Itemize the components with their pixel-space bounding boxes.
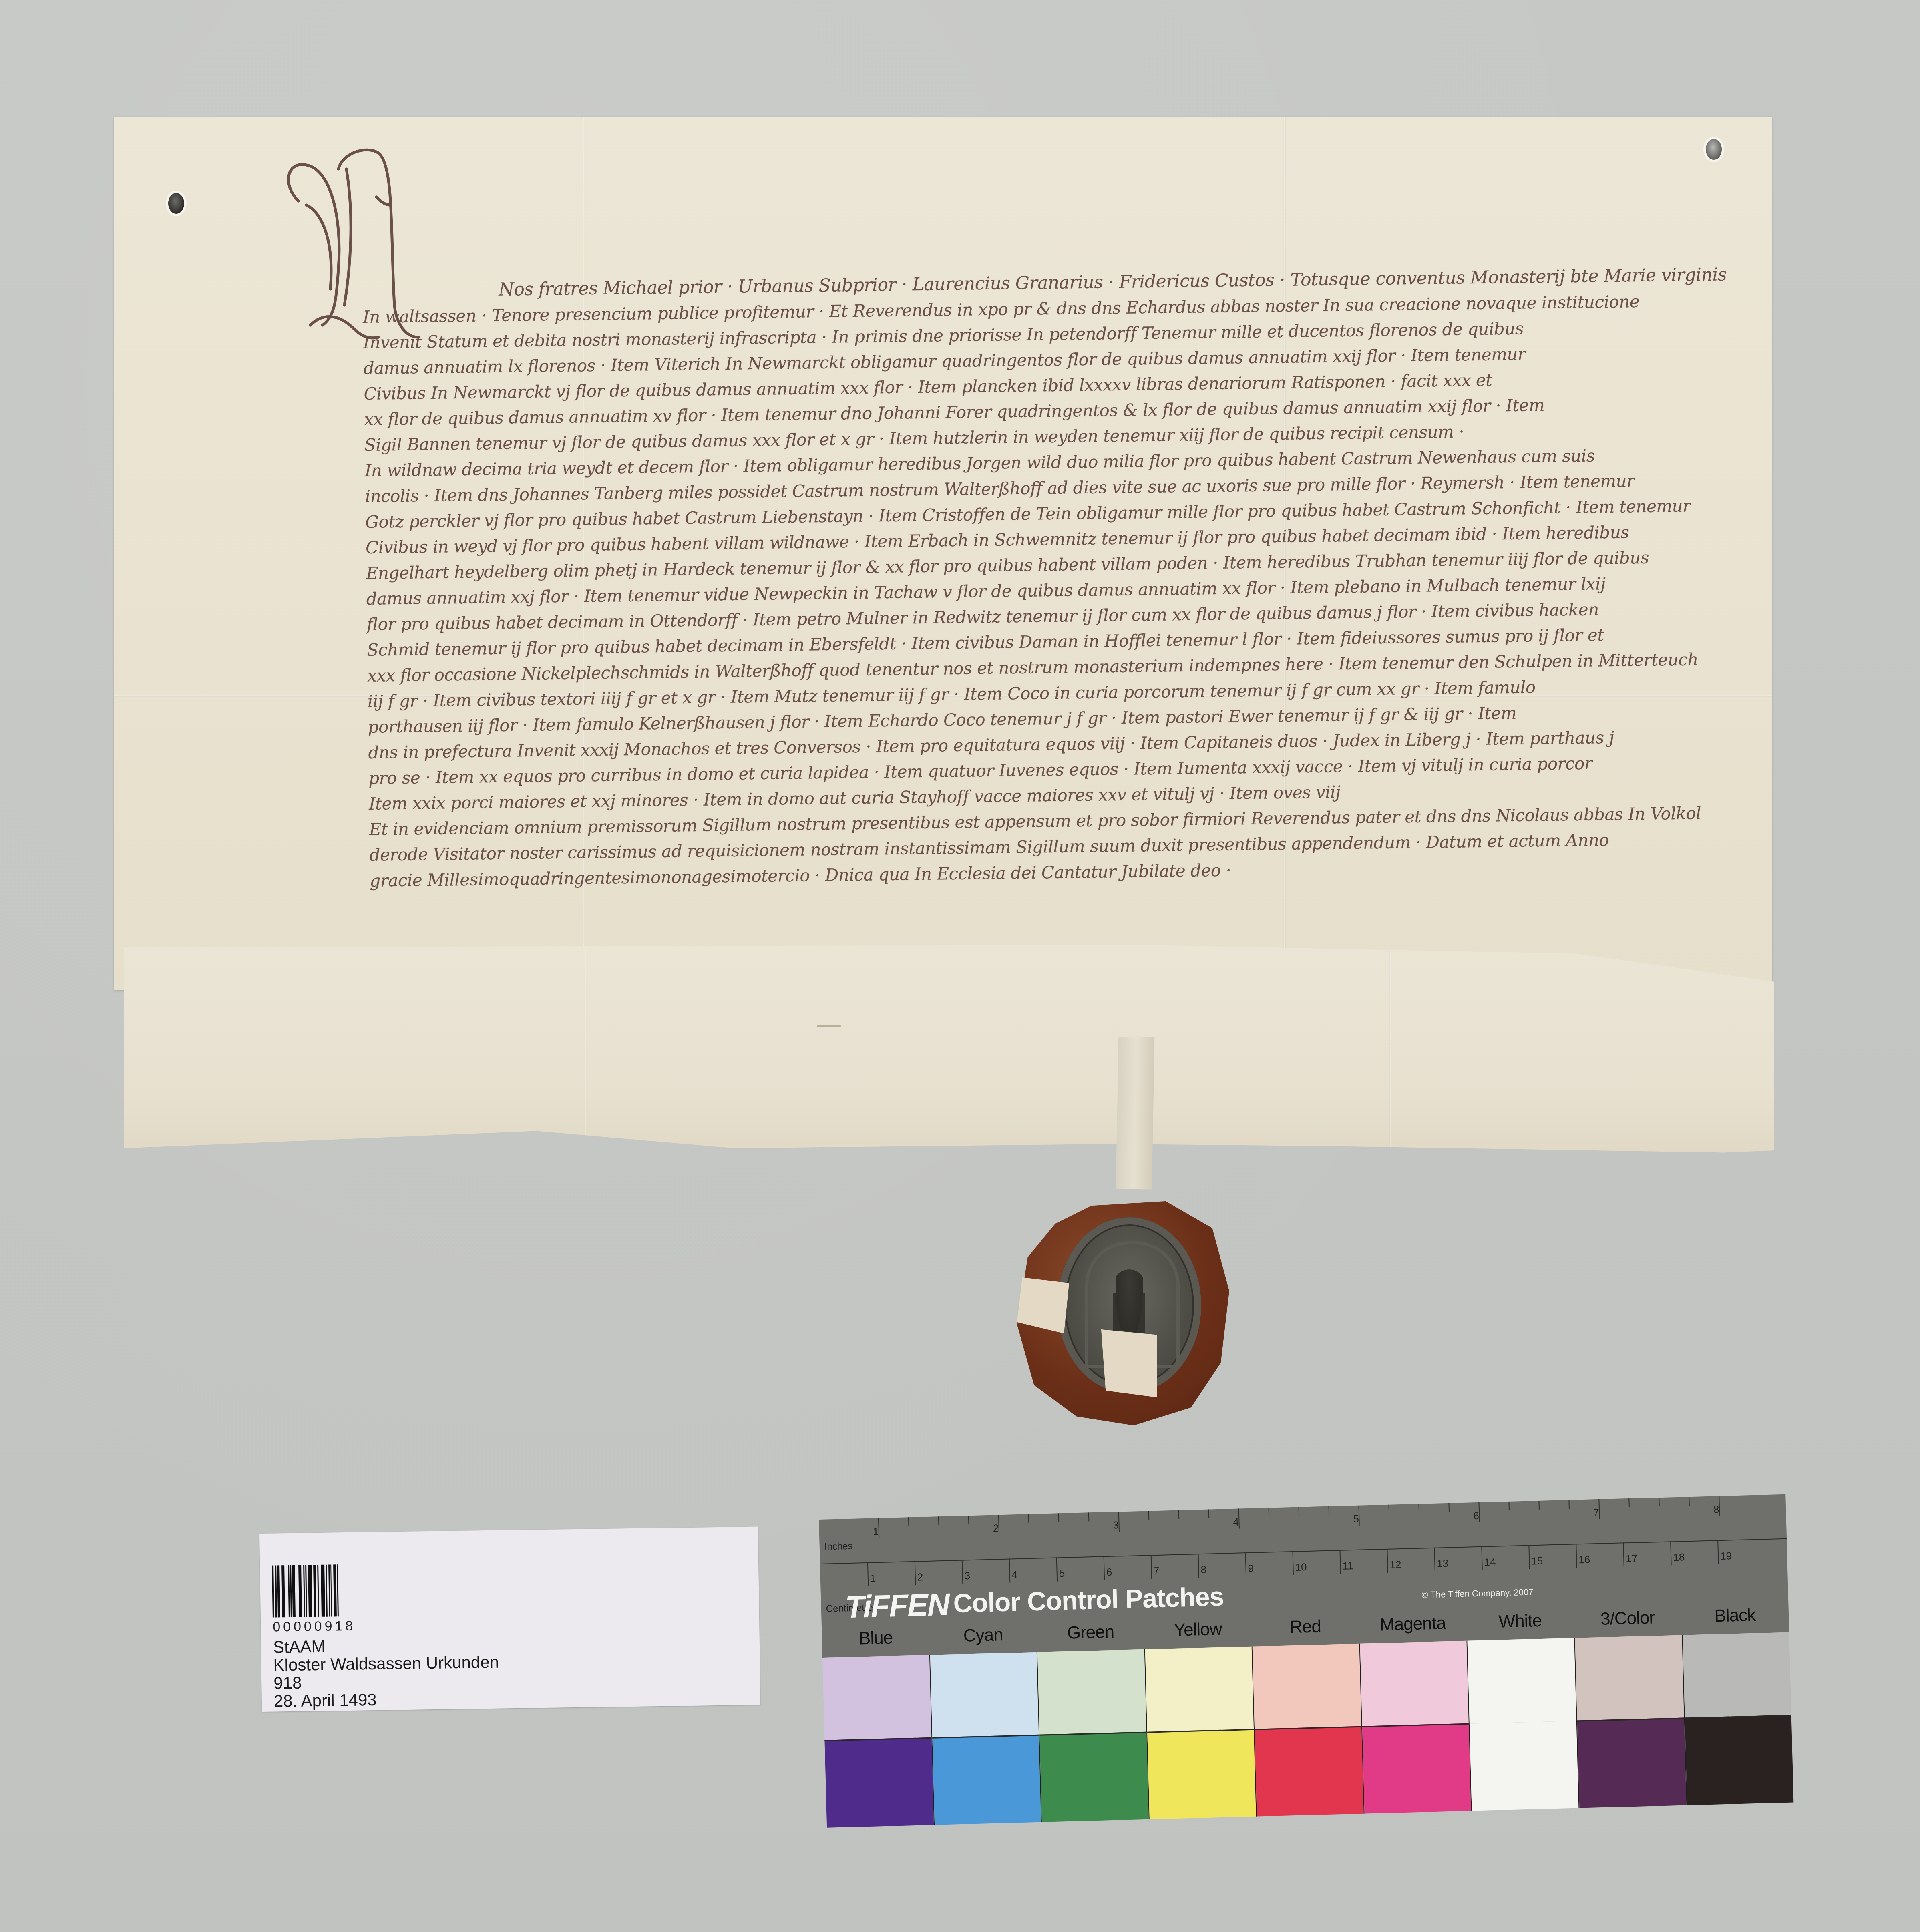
cm-mark: 15 <box>1531 1555 1543 1568</box>
cm-mark: 9 <box>1248 1562 1254 1575</box>
barcode <box>272 1564 339 1617</box>
inch-mark: 5 <box>1353 1513 1359 1525</box>
seal-damage <box>1101 1329 1157 1397</box>
cm-mark: 19 <box>1720 1550 1732 1562</box>
barcode-digit: 0 <box>294 1619 301 1635</box>
cm-mark: 3 <box>964 1570 970 1582</box>
cm-mark: 6 <box>1106 1566 1112 1578</box>
patch-label: Yellow <box>1144 1618 1252 1645</box>
fonds-name: Kloster Waldsassen Urkunden <box>273 1653 499 1675</box>
patch-label: Black <box>1681 1604 1789 1631</box>
cm-mark: 8 <box>1200 1564 1206 1576</box>
barcode-number: 0 0 0 0 0 9 1 8 <box>273 1618 353 1635</box>
document-number: 918 <box>273 1673 302 1693</box>
cm-mark: 5 <box>1059 1567 1065 1580</box>
inch-mark: 4 <box>1233 1516 1239 1528</box>
wax-seal <box>1017 1201 1229 1425</box>
archive-name: StAAM <box>273 1637 326 1657</box>
cm-mark: 7 <box>1153 1565 1159 1577</box>
cm-mark: 2 <box>917 1571 923 1583</box>
patch-label: White <box>1466 1610 1574 1637</box>
plica-crease <box>585 945 586 1161</box>
card-header: Inches 1 2 3 4 5 6 7 8 1 2 3 4 5 6 7 8 <box>819 1494 1789 1658</box>
cm-mark: 10 <box>1295 1561 1307 1574</box>
patch-green <box>1037 1649 1149 1822</box>
patch-label: Red <box>1251 1616 1359 1643</box>
color-patches <box>822 1632 1793 1828</box>
patch-magenta <box>1359 1641 1471 1814</box>
card-copyright: © The Tiffen Company, 2007 <box>1421 1587 1534 1600</box>
barcode-digit: 0 <box>273 1619 280 1635</box>
patch-label: Green <box>1037 1621 1145 1648</box>
barcode-digit: 8 <box>345 1618 353 1634</box>
cm-mark: 18 <box>1673 1551 1685 1564</box>
seal-tag-strip <box>1116 1037 1155 1190</box>
barcode-digit: 1 <box>335 1618 342 1634</box>
cm-mark: 1 <box>870 1572 876 1584</box>
cm-mark: 11 <box>1342 1560 1353 1572</box>
plica-crease <box>1389 945 1391 1161</box>
cm-mark: 14 <box>1484 1556 1496 1569</box>
cm-mark: 17 <box>1626 1552 1638 1565</box>
patch-red <box>1252 1644 1364 1817</box>
inch-mark: 1 <box>873 1525 879 1538</box>
patch-label: Cyan <box>929 1624 1037 1651</box>
left-punch-hole <box>168 193 184 214</box>
barcode-digit: 0 <box>304 1619 312 1634</box>
parchment-charter: Nos fratres Michael prior · Urbanus Subp… <box>114 117 1772 990</box>
barcode-digit: 0 <box>283 1619 291 1635</box>
ruler-inches-label: Inches <box>824 1541 852 1553</box>
patch-black <box>1682 1632 1794 1805</box>
barcode-digit: 9 <box>324 1618 332 1634</box>
inch-mark: 3 <box>1113 1519 1119 1531</box>
inch-mark: 6 <box>1473 1510 1479 1522</box>
inch-mark: 8 <box>1713 1503 1719 1516</box>
patch-blue <box>822 1655 934 1828</box>
patch-label: Blue <box>822 1627 930 1654</box>
inch-mark: 2 <box>993 1522 999 1534</box>
patch-cyan <box>929 1652 1041 1825</box>
patch-3color <box>1574 1635 1686 1808</box>
cm-mark: 16 <box>1578 1554 1590 1566</box>
patch-label: Magenta <box>1359 1613 1467 1640</box>
tiffen-logo: TiFFEN <box>845 1586 950 1626</box>
cm-mark: 12 <box>1389 1558 1401 1571</box>
charter-text: Nos fratres Michael prior · Urbanus Subp… <box>330 262 1763 894</box>
patch-white <box>1467 1638 1579 1811</box>
cm-mark: 13 <box>1437 1557 1449 1570</box>
patch-label: 3/Color <box>1574 1607 1682 1634</box>
barcode-digit: 0 <box>314 1619 322 1634</box>
folded-plica <box>124 945 1774 1161</box>
right-punch-hole <box>1706 139 1722 160</box>
card-title: Color Control Patches <box>953 1581 1224 1619</box>
color-control-card: Inches 1 2 3 4 5 6 7 8 1 2 3 4 5 6 7 8 <box>819 1494 1793 1828</box>
archive-label: 0 0 0 0 0 9 1 8 StAAM Kloster Waldsassen… <box>259 1527 760 1712</box>
seal-slit <box>817 1025 841 1027</box>
document-date: 28. April 1493 <box>274 1690 377 1711</box>
inch-mark: 7 <box>1593 1506 1599 1519</box>
patch-yellow <box>1144 1647 1256 1819</box>
cm-mark: 4 <box>1011 1568 1017 1581</box>
